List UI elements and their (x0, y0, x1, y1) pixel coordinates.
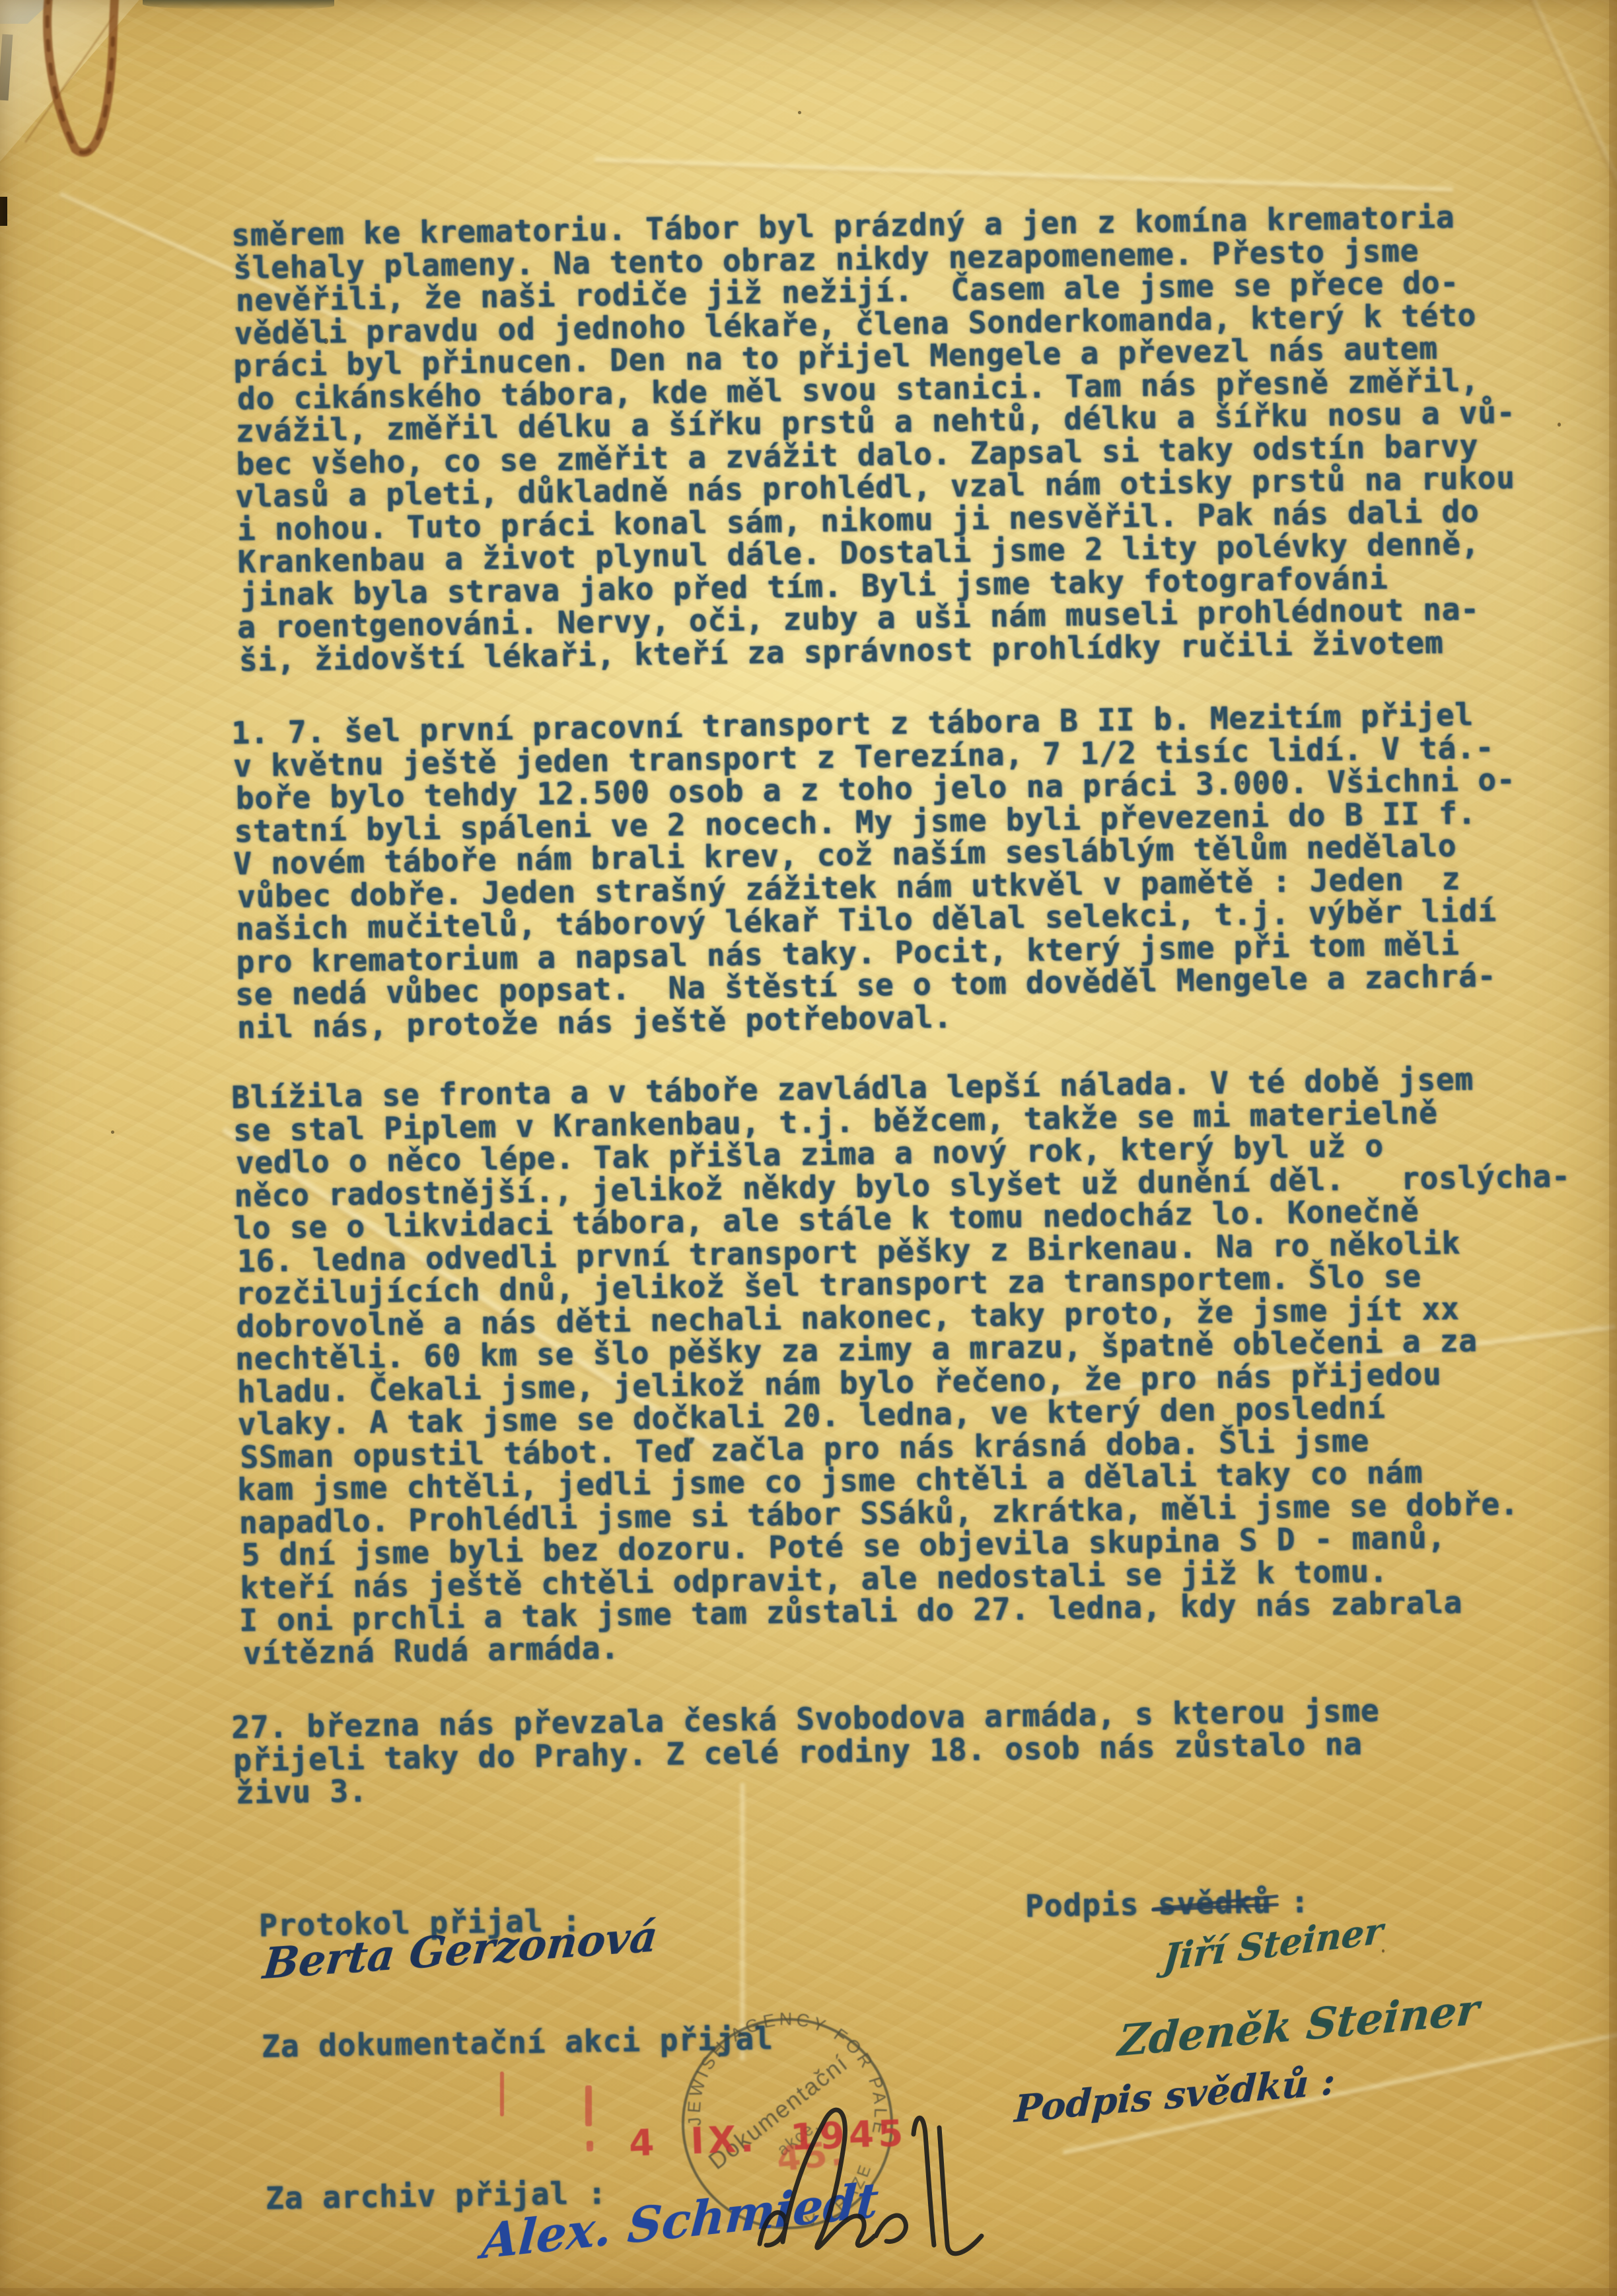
paper-speck (1382, 1949, 1384, 1953)
crease-mark (1519, 0, 1617, 232)
red-ink-dash (585, 2085, 592, 2126)
paper-speck (798, 111, 801, 114)
crease-mark (594, 155, 1453, 195)
scan-edge-right-shade (1609, 0, 1617, 2296)
signature-witness-2: Zdeněk Steiner (1116, 1985, 1481, 2067)
paper-speck (111, 1131, 114, 1134)
scan-edge-black-notch (0, 197, 7, 226)
red-ink-dot (587, 2141, 593, 2151)
paragraph-2: 1. 7. šel první pracovní transport z táb… (233, 698, 1519, 1044)
document-page: směrem ke krematoriu. Tábor byl prázdný … (0, 0, 1617, 2296)
scan-edge-top-strip (143, 0, 334, 10)
podpis-suffix: : (1272, 1884, 1310, 1920)
paragraph-1: směrem ke krematoriu. Tábor byl prázdný … (233, 200, 1519, 677)
illegible-signature-stroke (746, 2073, 1030, 2281)
paragraph-3: Blížila se fronta a v táboře zavládla le… (233, 1062, 1577, 1670)
podpis-prefix: Podpis (1025, 1886, 1159, 1924)
paragraph-4: 27. března nás převzala česká Svobodova … (233, 1694, 1381, 1809)
paper-speck (1558, 423, 1561, 427)
struck-word-svedku: svědků (1157, 1885, 1272, 1922)
paperclip-rust-stain (18, 0, 170, 175)
scan-edge-bottom-shade (0, 2288, 1617, 2296)
podpis-svedku-handwritten-label: Podpis svědků : (1013, 2059, 1336, 2131)
podpis-svedku-typed-label: Podpis svědků : (1025, 1884, 1310, 1924)
red-ink-dash (500, 2071, 504, 2116)
